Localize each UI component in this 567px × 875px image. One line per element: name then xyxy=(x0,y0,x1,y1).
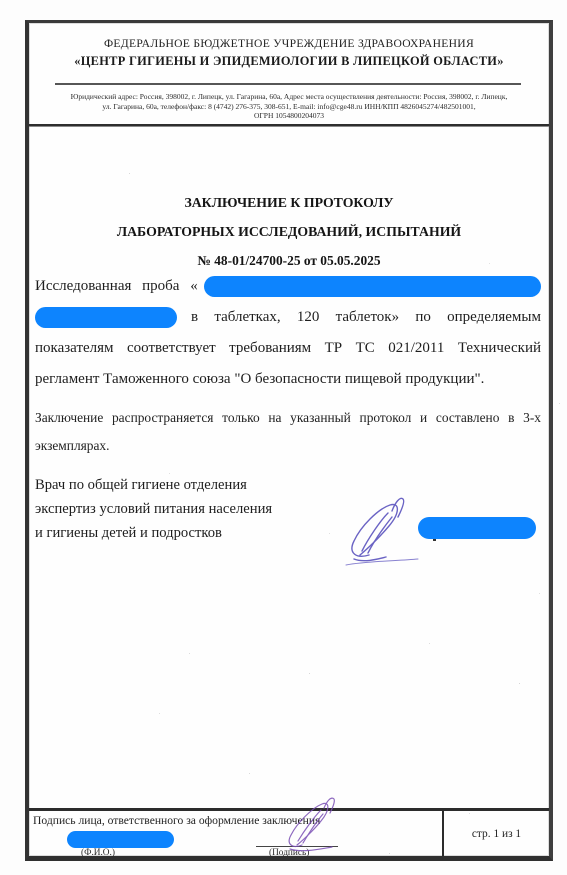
page-frame: ФЕДЕРАЛЬНОЕ БЮДЖЕТНОЕ УЧРЕЖДЕНИЕ ЗДРАВОО… xyxy=(25,20,553,861)
redaction-bar xyxy=(204,276,541,297)
signature-ink xyxy=(334,493,434,578)
note-line-2: экземплярах. xyxy=(35,432,541,460)
body-line-1: Исследованная проба « xyxy=(35,271,541,302)
header-divider xyxy=(55,83,521,85)
address-line3: ОГРН 1054800204073 xyxy=(35,111,543,121)
scanned-document: ФЕДЕРАЛЬНОЕ БЮДЖЕТНОЕ УЧРЕЖДЕНИЕ ЗДРАВОО… xyxy=(0,0,567,875)
address-block: Юридический адрес: Россия, 398002, г. Ли… xyxy=(35,92,543,121)
address-divider xyxy=(29,124,549,127)
document-title: ЗАКЛЮЧЕНИЕ К ПРОТОКОЛУ ЛАБОРАТОРНЫХ ИССЛ… xyxy=(29,195,549,269)
title-line2: ЛАБОРАТОРНЫХ ИССЛЕДОВАНИЙ, ИСПЫТАНИЙ xyxy=(29,224,549,240)
organization-name-line1: ФЕДЕРАЛЬНОЕ БЮДЖЕТНОЕ УЧРЕЖДЕНИЕ ЗДРАВОО… xyxy=(29,37,549,50)
footer-table: Подпись лица, ответственного за оформлен… xyxy=(29,808,549,856)
body-line2-text: в таблетках, 120 таблеток» по определяем… xyxy=(191,309,541,326)
conclusion-paragraph: Исследованная проба « в таблетках, 120 т… xyxy=(35,271,541,395)
redaction-bar xyxy=(418,517,536,539)
scan-noise xyxy=(129,173,130,174)
signature-ink xyxy=(272,795,362,865)
body-line-3: показателям соответствует требованиям ТР… xyxy=(35,333,541,364)
signatory-line2: экспертиз условий питания населения xyxy=(35,497,272,521)
title-line1: ЗАКЛЮЧЕНИЕ К ПРОТОКОЛУ xyxy=(29,195,549,211)
address-line2: ул. Гагарина, 60а, телефон/факс: 8 (4742… xyxy=(35,102,543,112)
signatory-title: Врач по общей гигиене отделения эксперти… xyxy=(35,473,272,545)
scan-noise xyxy=(433,539,436,541)
organization-header: ФЕДЕРАЛЬНОЕ БЮДЖЕТНОЕ УЧРЕЖДЕНИЕ ЗДРАВОО… xyxy=(29,37,549,69)
signatory-line1: Врач по общей гигиене отделения xyxy=(35,473,272,497)
body-line1-text: Исследованная проба « xyxy=(35,278,198,295)
note-paragraph: Заключение распространяется только на ук… xyxy=(35,404,541,460)
address-line1: Юридический адрес: Россия, 398002, г. Ли… xyxy=(35,92,543,102)
body-line-2: в таблетках, 120 таблеток» по определяем… xyxy=(35,302,541,333)
signatory-line3: и гигиены детей и подростков xyxy=(35,521,272,545)
protocol-number: № 48-01/24700-25 от 05.05.2025 xyxy=(29,253,549,269)
redaction-bar xyxy=(35,307,177,328)
footer-signature-cell: Подпись лица, ответственного за оформлен… xyxy=(29,811,442,856)
fio-caption: (Ф.И.О.) xyxy=(81,848,115,858)
redaction-bar xyxy=(67,831,174,848)
page-number: стр. 1 из 1 xyxy=(472,828,521,840)
note-line-1: Заключение распространяется только на ук… xyxy=(35,404,541,432)
page-number-cell: стр. 1 из 1 xyxy=(442,811,549,856)
body-line-4: регламент Таможенного союза "О безопасно… xyxy=(35,364,541,395)
organization-name-line2: «ЦЕНТР ГИГИЕНЫ И ЭПИДЕМИОЛОГИИ В ЛИПЕЦКО… xyxy=(29,54,549,69)
